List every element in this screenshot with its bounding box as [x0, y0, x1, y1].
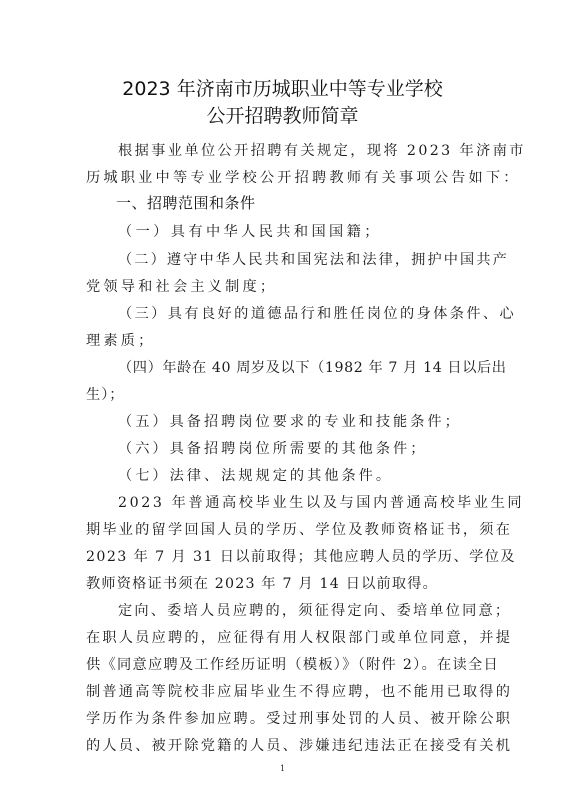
- body-line: 期毕业的留学回国人员的学历、学位及教师资格证书，须在: [86, 519, 512, 539]
- body-line: 的人员、被开除党籍的人员、涉嫌违纪违法正在接受有关机: [86, 735, 512, 755]
- body-line: （四）年龄在 40 周岁及以下（1982 年 7 月 14 日以后出: [118, 357, 507, 377]
- body-line: 党领导和社会主义制度；: [86, 276, 277, 296]
- body-line: 供《同意应聘及工作经历证明（模板）》（附件 2）。在读全日: [86, 654, 499, 674]
- body-line: 2023 年普通高校毕业生以及与国内普通高校毕业生同: [118, 492, 524, 512]
- body-line: 学历作为条件参加应聘。受过刑事处罚的人员、被开除公职: [86, 708, 512, 728]
- body-line: （五）具备招聘岗位要求的专业和技能条件；: [118, 411, 462, 431]
- body-line: 历城职业中等专业学校公开招聘教师有关事项公告如下：: [86, 167, 521, 187]
- document-title-line-2: 公开招聘教师简章: [0, 101, 565, 128]
- body-line: 2023 年 7 月 31 日以前取得；其他应聘人员的学历、学位及: [86, 546, 516, 566]
- body-line: （七）法律、法规规定的其他条件。: [118, 465, 393, 485]
- document-title-line-1: 2023 年济南市历城职业中等专业学校: [0, 74, 565, 101]
- section-heading: 一、招聘范围和条件: [116, 192, 256, 213]
- document-page: 2023 年济南市历城职业中等专业学校 公开招聘教师简章 根据事业单位公开招聘有…: [0, 0, 565, 800]
- body-line: 生）；: [86, 384, 124, 404]
- body-line: 制普通高等院校非应届毕业生不得应聘，也不能用已取得的: [86, 681, 512, 701]
- body-line: 教师资格证书须在 2023 年 7 月 14 日以前取得。: [86, 573, 438, 593]
- body-line: （一）具有中华人民共和国国籍；: [118, 221, 382, 241]
- body-line: （六）具备招聘岗位所需要的其他条件；: [118, 438, 427, 458]
- body-line: 根据事业单位公开招聘有关规定，现将 2023 年济南市: [118, 140, 526, 160]
- body-line: 定向、委培人员应聘的，须征得定向、委培单位同意；: [118, 600, 511, 620]
- page-number: 1: [0, 764, 565, 773]
- body-line: 理素质；: [86, 330, 156, 350]
- body-line: （二）遵守中华人民共和国宪法和法律，拥护中国共产: [118, 249, 509, 269]
- body-line: 在职人员应聘的，应征得有用人权限部门或单位同意，并提: [86, 627, 512, 647]
- body-line: （三）具有良好的道德品行和胜任岗位的身体条件、心: [118, 303, 516, 323]
